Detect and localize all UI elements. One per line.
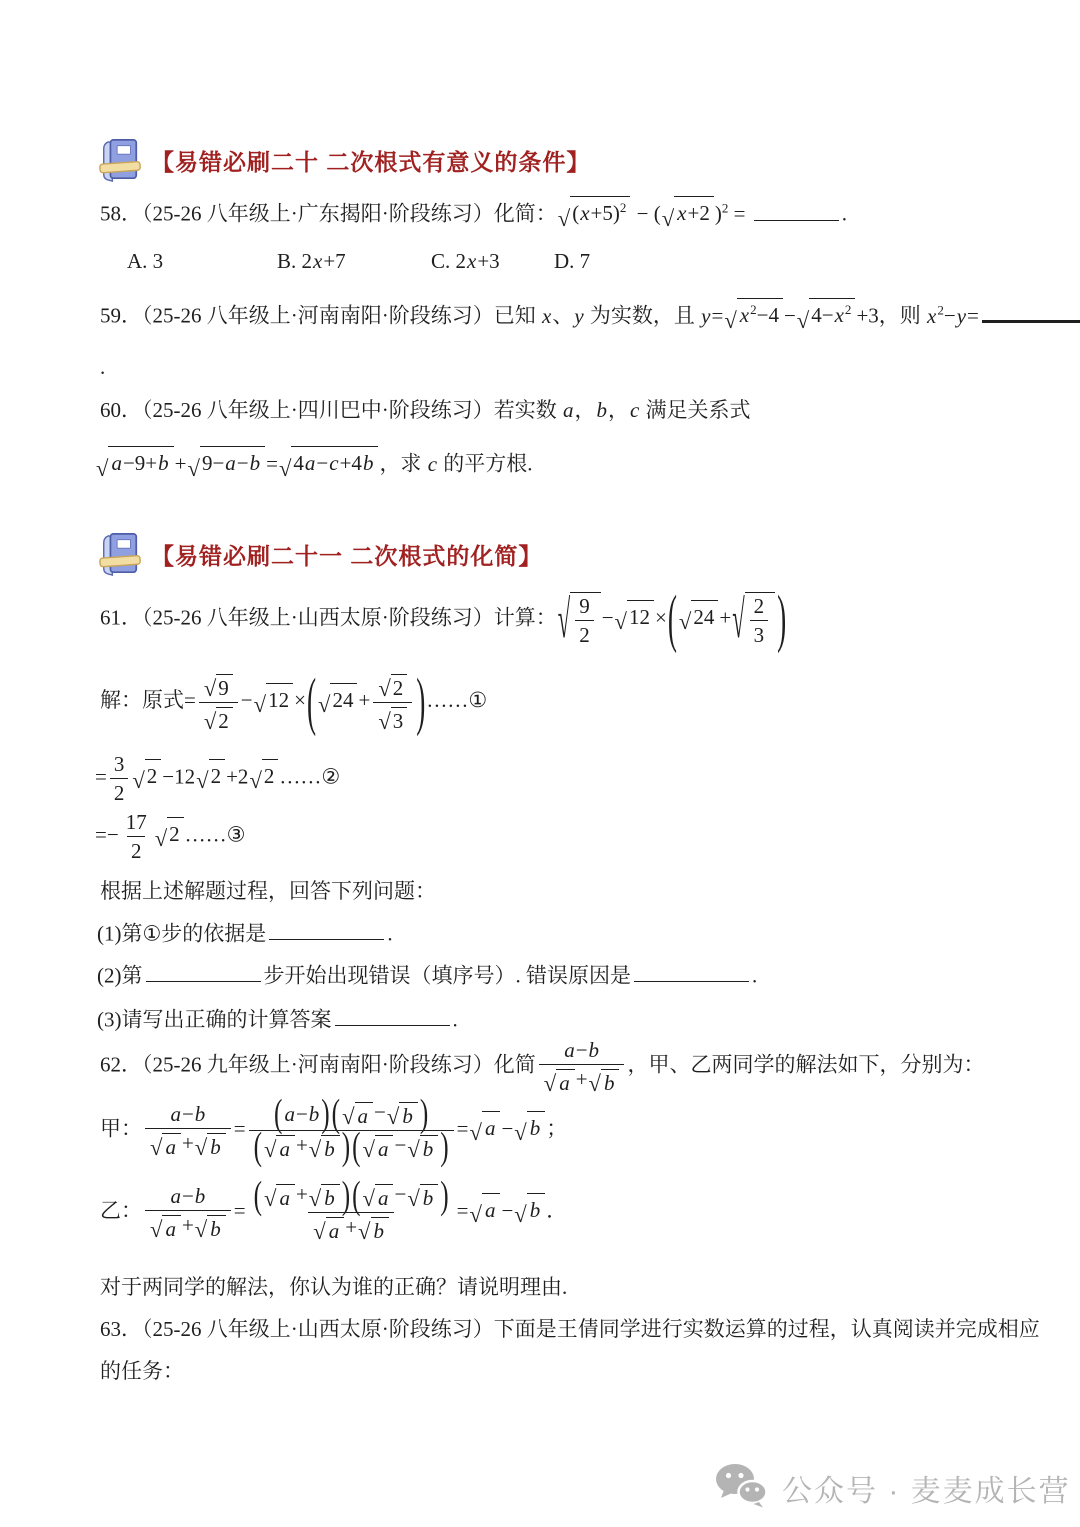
problem-61-step2: =32√2−12√2+2√2……② — [95, 752, 340, 805]
problem-61-step3: =−172√2……③ — [95, 810, 245, 863]
option-c: C. 2x+3 — [431, 249, 500, 274]
section-header-20: 【易错必刷二十 二次根式有意义的条件】 — [98, 134, 590, 186]
watermark: 公众号 · 麦麦成长营 — [714, 1462, 1071, 1513]
problem-61-note: 根据上述解题过程，回答下列问题： — [100, 876, 436, 908]
problem-62-jia: 甲：a−b√a+√b=(a−b)(√a−√b)(√a+√b)(√a−√b)=√a… — [100, 1100, 567, 1161]
problem-61-q3: (3)请写出正确的计算答案. — [97, 1004, 458, 1036]
option-a: A. 3 — [127, 249, 163, 274]
problem-61: 61．（25-26 八年级上·山西太原·阶段练习）计算：√92−√12×(√24… — [100, 592, 787, 647]
problem-61-q1: (1)第①步的依据是. — [97, 918, 393, 950]
problem-63-line2: 的任务： — [100, 1356, 184, 1388]
problem-58-options: A. 3 B. 2x+7 C. 2x+3 D. 7 — [0, 249, 1080, 285]
problem-61-q2: (2)第步开始出现错误（填序号）. 错误原因是. — [97, 960, 757, 992]
book-icon — [98, 530, 142, 578]
problem-59-tail: . — [100, 352, 105, 384]
watermark-text: 公众号 · 麦麦成长营 — [782, 1466, 1071, 1510]
section-header-21: 【易错必刷二十一 二次根式的化简】 — [98, 528, 542, 580]
problem-62: 62．（25-26 九年级上·河南南阳·阶段练习）化简a−b√a+√b，甲、乙两… — [100, 1038, 984, 1095]
problem-62-yi: 乙：a−b√a+√b=(√a+√b)(√a−√b)√a+√b=√a−√b． — [100, 1182, 567, 1243]
problem-63-line1: 63．（25-26 八年级上·山西太原·阶段练习）下面是王倩同学进行实数运算的过… — [100, 1314, 1040, 1346]
problem-62-question: 对于两同学的解法，你认为谁的正确？请说明理由. — [100, 1272, 567, 1304]
option-d: D. 7 — [554, 249, 590, 274]
problem-58: 58．（25-26 八年级上·广东揭阳·阶段练习）化简：√(x+5)2 − (√… — [100, 196, 847, 230]
wechat-icon — [714, 1462, 768, 1513]
section-title: 【易错必刷二十 二次根式有意义的条件】 — [151, 144, 590, 177]
option-b: B. 2x+7 — [277, 249, 346, 274]
book-icon — [98, 136, 142, 184]
problem-59: 59．（25-26 八年级上·河南南阳·阶段练习）已知 x、y 为实数，且 y=… — [100, 298, 1080, 332]
problem-60-line1: 60．（25-26 八年级上·四川巴中·阶段练习）若实数 a，b，c 满足关系式 — [100, 395, 751, 427]
problem-61-step1: 解：原式=√9√2−√12×(√24+√2√3)……① — [100, 672, 487, 733]
section-title: 【易错必刷二十一 二次根式的化简】 — [151, 538, 542, 571]
worksheet-page: 【易错必刷二十 二次根式有意义的条件】 58．（25-26 八年级上·广东揭阳·… — [0, 0, 1080, 1527]
problem-60-formula: √a−9+b+√9−a−b=√4a−c+4b，求 c 的平方根. — [95, 446, 533, 480]
